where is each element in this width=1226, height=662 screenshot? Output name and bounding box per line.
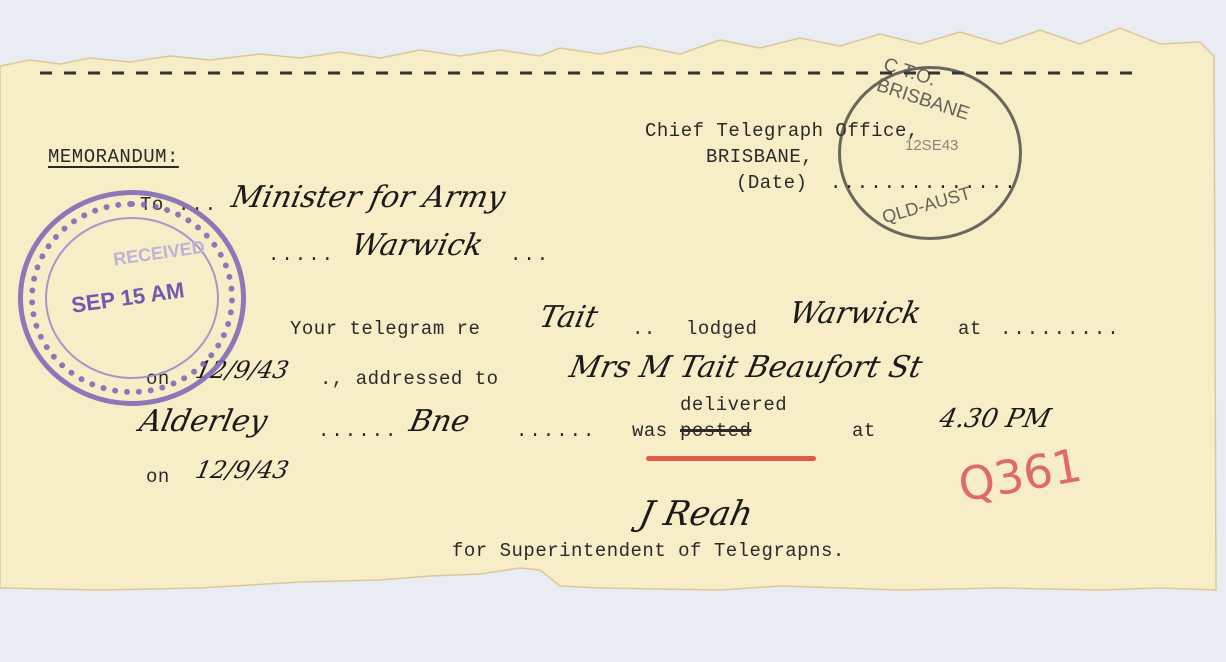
date-label: (Date) (736, 172, 807, 194)
signature: J Reah (636, 494, 757, 534)
red-underline-mark (646, 456, 816, 461)
suburb-dots: ...... (318, 420, 398, 442)
telegram-memo-document: MEMORANDUM: Chief Telegraph Office, BRIS… (0, 0, 1226, 662)
lodged-place: Warwick (786, 296, 924, 331)
office-city: BRISBANE, (706, 146, 813, 168)
signature-caption: for Superintendent of Telegrapns. (452, 540, 845, 562)
telegram-re-label: Your telegram re (290, 318, 480, 340)
lodged-label: lodged (686, 318, 757, 340)
recipient-place-dots-after: ... (510, 244, 550, 266)
delivery-on-label: on (146, 466, 170, 488)
was-label: was (632, 420, 668, 442)
delivery-time: 4.30 PM (937, 404, 1054, 434)
delivery-date: 12/9/43 (193, 456, 291, 484)
delivered-insertion: delivered (680, 394, 787, 416)
addressee: Mrs M Tait Beaufort St (566, 350, 925, 385)
addressee-city: Bne (406, 404, 473, 439)
delivery-at-label: at (852, 420, 876, 442)
postmark-stamp: C.T.O. BRISBANE 12SE43 QLD-AUST (838, 66, 1022, 240)
recipient-place-dots: ..... (268, 244, 335, 266)
memorandum-heading: MEMORANDUM: (48, 146, 179, 168)
subject-dots: .. (632, 318, 656, 340)
postmark-bottom: QLD-AUST (880, 183, 973, 228)
recipient-name: Minister for Army (228, 180, 508, 215)
posted-struck: posted (680, 420, 751, 442)
at-label: at (958, 318, 982, 340)
telegram-subject: Tait (536, 300, 601, 335)
at-dots: ......... (1000, 318, 1121, 340)
recipient-place: Warwick (348, 228, 486, 263)
addressed-to-label: ., addressed to (320, 368, 499, 390)
received-stamp: RECEIVED SEP 15 AM (18, 190, 246, 406)
city-dots: ...... (516, 420, 596, 442)
postmark-date: 12SE43 (905, 137, 958, 154)
addressee-suburb: Alderley (136, 404, 270, 439)
